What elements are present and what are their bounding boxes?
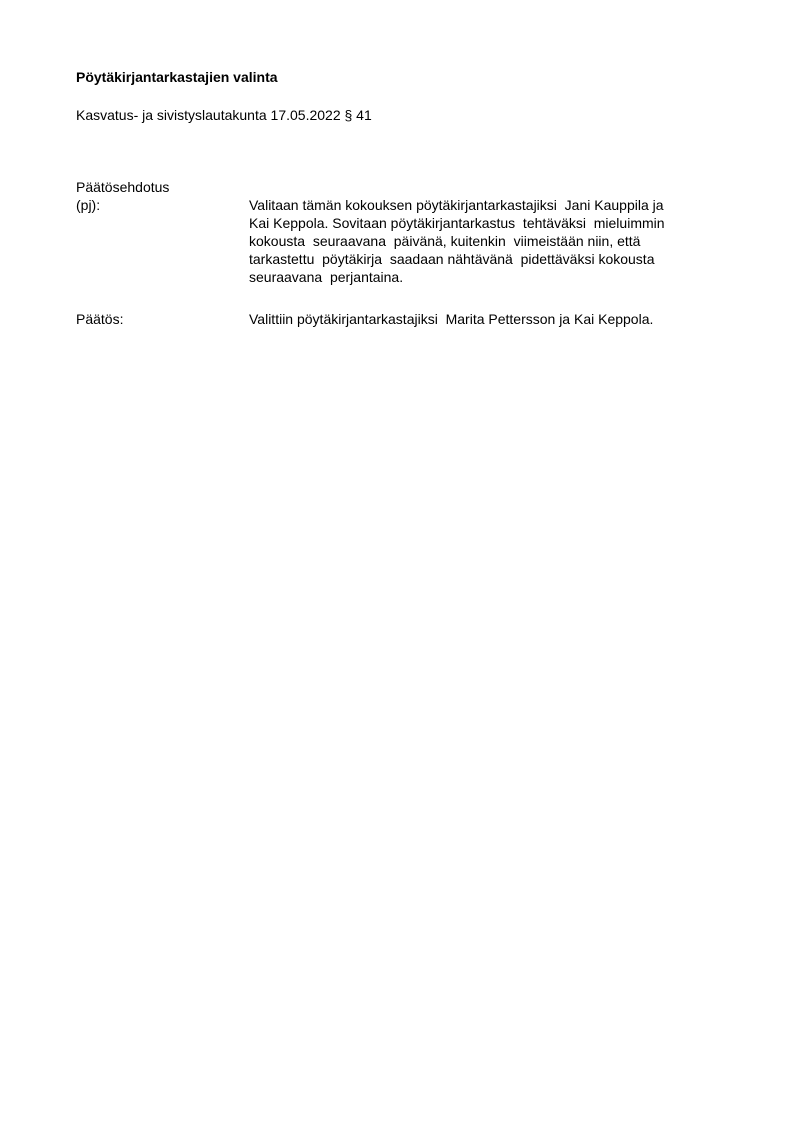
proposal-label-line-1: Päätösehdotus — [76, 178, 169, 196]
meeting-reference: Kasvatus- ja sivistyslautakunta 17.05.20… — [76, 106, 372, 124]
proposal-text-line: tarkastettu pöytäkirja saadaan nähtävänä… — [249, 250, 729, 268]
proposal-label: Päätösehdotus (pj): — [76, 178, 169, 214]
proposal-text-line: Kai Keppola. Sovitaan pöytäkirjantarkast… — [249, 214, 729, 232]
document-page: Pöytäkirjantarkastajien valinta Kasvatus… — [0, 0, 794, 1122]
decision-label: Päätös: — [76, 310, 123, 328]
proposal-text-line: seuraavana perjantaina. — [249, 268, 729, 286]
proposal-text: Valitaan tämän kokouksen pöytäkirjantark… — [249, 196, 729, 286]
document-title: Pöytäkirjantarkastajien valinta — [76, 68, 278, 86]
proposal-text-line: kokousta seuraavana päivänä, kuitenkin v… — [249, 232, 729, 250]
decision-text: Valittiin pöytäkirjantarkastajiksi Marit… — [249, 310, 729, 328]
proposal-label-line-2: (pj): — [76, 196, 169, 214]
decision-text-line: Valittiin pöytäkirjantarkastajiksi Marit… — [249, 310, 729, 328]
proposal-text-line: Valitaan tämän kokouksen pöytäkirjantark… — [249, 196, 729, 214]
